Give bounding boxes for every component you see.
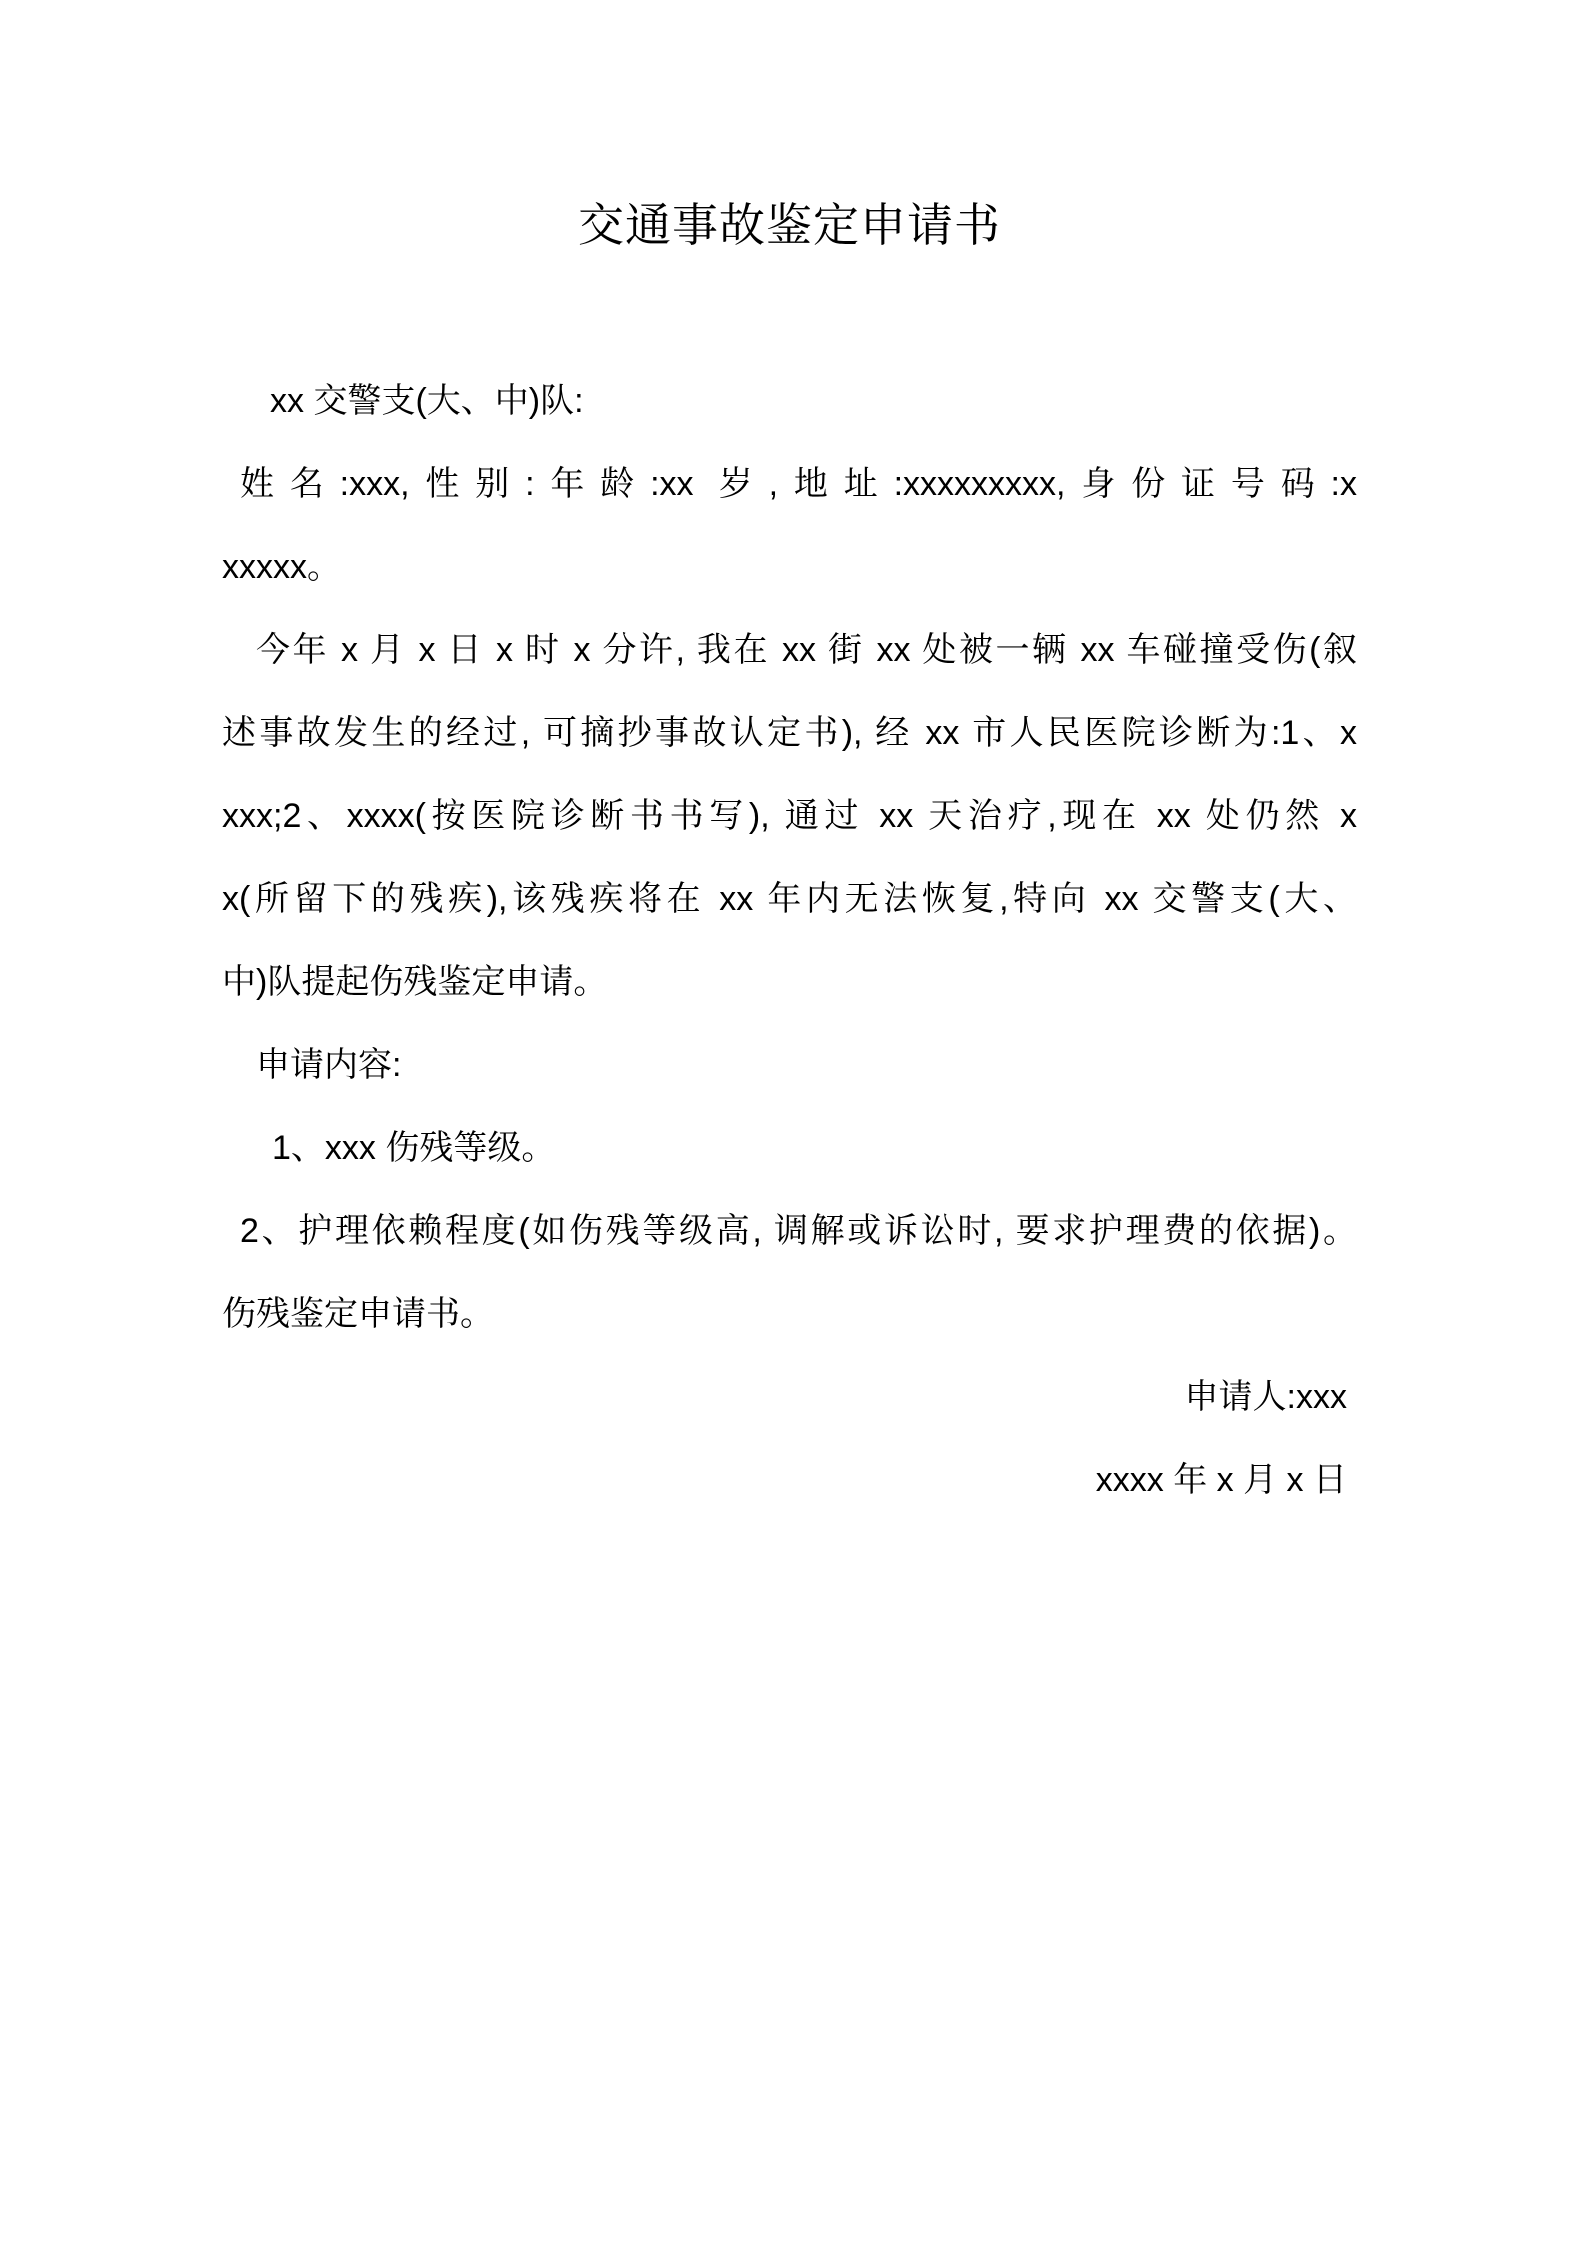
list-item-line: 1、xxx 伤残等级。	[222, 1107, 1357, 1190]
salutation-line: xx 交警支(大、中)队:	[222, 360, 1357, 443]
body-line: 姓名:xxx,性别:年龄:xx 岁,地址:xxxxxxxxx,身份证号码:x	[222, 443, 1357, 526]
document-title: 交通事故鉴定申请书	[222, 194, 1357, 256]
body-line: xxxxx。	[222, 526, 1357, 609]
body-line: 今年 x 月 x 日 x 时 x 分许, 我在 xx 街 xx 处被一辆 xx …	[222, 609, 1357, 692]
signature-applicant-line: 申请人:xxx	[222, 1356, 1357, 1439]
document-body: xx 交警支(大、中)队: 姓名:xxx,性别:年龄:xx 岁,地址:xxxxx…	[222, 360, 1357, 1522]
document-page: 交通事故鉴定申请书 xx 交警支(大、中)队: 姓名:xxx,性别:年龄:xx …	[0, 0, 1587, 2245]
section-heading-line: 申请内容:	[222, 1024, 1357, 1107]
body-line: x(所留下的残疾),该残疾将在 xx 年内无法恢复,特向 xx 交警支(大、	[222, 858, 1357, 941]
body-line: xxx;2、xxxx(按医院诊断书书写), 通过 xx 天治疗,现在 xx 处仍…	[222, 775, 1357, 858]
body-line: 伤残鉴定申请书。	[222, 1273, 1357, 1356]
list-item-line: 2、护理依赖程度(如伤残等级高, 调解或诉讼时, 要求护理费的依据)。	[222, 1190, 1357, 1273]
body-line: 述事故发生的经过, 可摘抄事故认定书), 经 xx 市人民医院诊断为:1、x	[222, 692, 1357, 775]
body-line: 中)队提起伤残鉴定申请。	[222, 941, 1357, 1024]
signature-date-line: xxxx 年 x 月 x 日	[222, 1439, 1357, 1522]
